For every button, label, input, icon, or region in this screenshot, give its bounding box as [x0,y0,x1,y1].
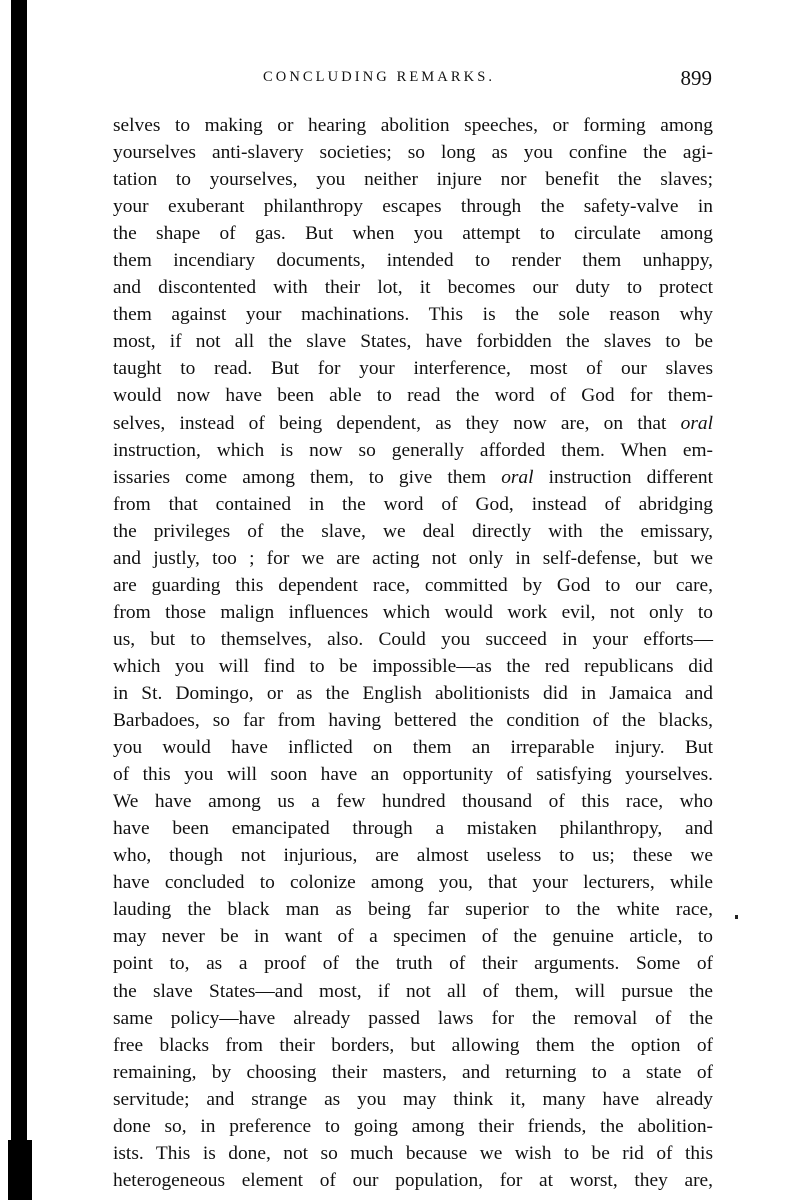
text-line: and discontented with their lot, it beco… [113,274,713,301]
italic-text: oral [501,467,533,488]
text-line: yourselves anti-slavery societies; so lo… [113,139,713,166]
text-line: same policy—have already passed laws for… [113,1005,713,1032]
text-line: from that contained in the word of God, … [113,491,713,518]
text-line: which you will find to be impossible—as … [113,653,713,680]
text-line: selves, instead of being dependent, as t… [113,410,713,437]
body-text: selves to making or hearing abolition sp… [113,112,713,1194]
text-line: We have among us a few hundred thousand … [113,788,713,815]
italic-text: oral [681,413,713,434]
stray-ink-mark [735,915,738,919]
text-line: instruction, which is now so generally a… [113,437,713,464]
running-head: CONCLUDING REMARKS. 899 [113,66,712,92]
text-line: Barbadoes, so far from having bettered t… [113,707,713,734]
text-line: in St. Domingo, or as the English abolit… [113,680,713,707]
page-number: 899 [681,66,713,91]
text-line: are guarding this dependent race, commit… [113,572,713,599]
text-line: servitude; and strange as you may think … [113,1086,713,1113]
text-line: lauding the black man as being far super… [113,896,713,923]
text-line: selves to making or hearing abolition sp… [113,112,713,139]
text-line: point to, as a proof of the truth of the… [113,950,713,977]
text-line: taught to read. But for your interferenc… [113,355,713,382]
text-line: ists. This is done, not so much because … [113,1140,713,1167]
text-line: issaries come among them, to give them o… [113,464,713,491]
text-line: would now have been able to read the wor… [113,382,713,409]
text-segment: issaries come among them, to give them [113,467,501,488]
text-line: may never be in want of a specimen of th… [113,923,713,950]
text-line: tation to yourselves, you neither injure… [113,166,713,193]
page-binding-edge-lower [8,1140,32,1200]
text-line: done so, in preference to going among th… [113,1113,713,1140]
text-line: the slave States—and most, if not all of… [113,978,713,1005]
text-line: who, though not injurious, are almost us… [113,842,713,869]
text-line: heterogeneous element of our population,… [113,1167,713,1194]
text-line: the privileges of the slave, we deal dir… [113,518,713,545]
text-line: most, if not all the slave States, have … [113,328,713,355]
text-line: your exuberant philanthropy escapes thro… [113,193,713,220]
text-line: remaining, by choosing their masters, an… [113,1059,713,1086]
text-line: them against your machinations. This is … [113,301,713,328]
text-segment: instruction different [534,467,713,488]
page-binding-edge [11,0,27,1200]
text-line: you would have inflicted on them an irre… [113,734,713,761]
text-line: the shape of gas. But when you attempt t… [113,220,713,247]
text-line: from those malign influences which would… [113,599,713,626]
text-line: have concluded to colonize among you, th… [113,869,713,896]
text-line: have been emancipated through a mistaken… [113,815,713,842]
text-line: and justly, too ; for we are acting not … [113,545,713,572]
text-line: them incendiary documents, intended to r… [113,247,713,274]
text-line: of this you will soon have an opportunit… [113,761,713,788]
running-title: CONCLUDING REMARKS. [263,69,495,86]
text-line: free blacks from their borders, but allo… [113,1032,713,1059]
text-segment: selves, instead of being dependent, as t… [113,413,681,434]
text-line: us, but to themselves, also. Could you s… [113,626,713,653]
